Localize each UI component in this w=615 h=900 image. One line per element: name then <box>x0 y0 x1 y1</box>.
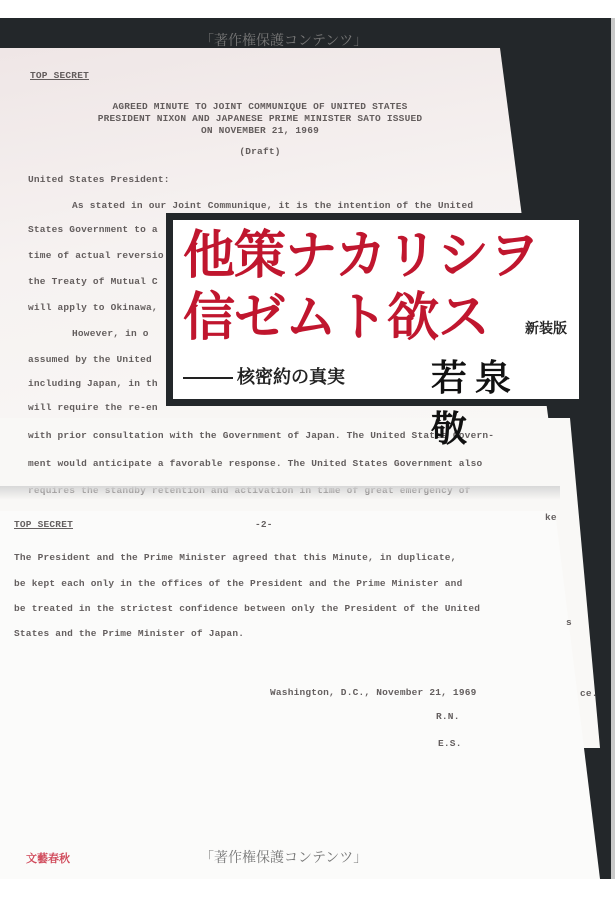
document-heading-line: ON NOVEMBER 21, 1969 <box>40 125 480 136</box>
page-fragment: ce. <box>580 688 598 699</box>
page-fragment: s <box>566 617 572 628</box>
copyright-watermark-bottom: 「著作権保護コンテンツ」 <box>200 847 367 867</box>
body-line: States Government to a <box>28 224 158 235</box>
draft-label: (Draft) <box>40 146 480 157</box>
body-line: ment would anticipate a favorable respon… <box>28 458 482 469</box>
body-line: the Treaty of Mutual C <box>28 276 158 287</box>
book-author: 若泉 敬 <box>431 350 579 452</box>
document-heading-line: PRESIDENT NIXON AND JAPANESE PRIME MINIS… <box>40 113 480 124</box>
signature-initials: R.N. <box>436 711 460 722</box>
body-line: However, in o <box>72 328 149 339</box>
page-shadow <box>0 486 560 500</box>
body-line: will require the re-en <box>28 402 158 413</box>
salutation: United States President: <box>28 174 170 185</box>
page-fragment: ke <box>545 512 557 523</box>
body-line: be treated in the strictest confidence b… <box>14 603 480 614</box>
classification-label: TOP SECRET <box>30 70 89 81</box>
document-heading-line: AGREED MINUTE TO JOINT COMMUNIQUE OF UNI… <box>40 101 480 112</box>
dash-rule <box>183 377 233 379</box>
body-line: The President and the Prime Minister agr… <box>14 552 457 563</box>
classification-label: TOP SECRET <box>14 519 73 530</box>
book-title-line-1: 他策ナカリシヲ <box>183 230 539 282</box>
body-line: time of actual reversio <box>28 250 164 261</box>
edition-badge: 新装版 <box>525 318 567 338</box>
copyright-watermark-top: 「著作権保護コンテンツ」 <box>200 30 367 50</box>
book-title-line-2: 信ゼムト欲ス <box>183 292 489 344</box>
publisher-logo: 文藝春秋 <box>26 850 70 866</box>
cover-edge <box>611 18 615 879</box>
place-date: Washington, D.C., November 21, 1969 <box>270 687 477 698</box>
book-subtitle: 核密約の真実 <box>183 363 345 389</box>
body-line: As stated in our Joint Communique, it is… <box>72 200 473 211</box>
body-line: States and the Prime Minister of Japan. <box>14 628 244 639</box>
body-line: assumed by the United <box>28 354 152 365</box>
title-panel: 他策ナカリシヲ 信ゼムト欲ス 新装版 核密約の真実 若泉 敬 <box>166 213 586 406</box>
page-number: -2- <box>255 519 273 530</box>
body-line: with prior consultation with the Governm… <box>28 430 494 441</box>
body-line: be kept each only in the offices of the … <box>14 578 462 589</box>
body-line: will apply to Okinawa, <box>28 302 158 313</box>
signature-initials: E.S. <box>438 738 462 749</box>
subtitle-text: 核密約の真実 <box>237 367 345 388</box>
body-line: including Japan, in th <box>28 378 158 389</box>
